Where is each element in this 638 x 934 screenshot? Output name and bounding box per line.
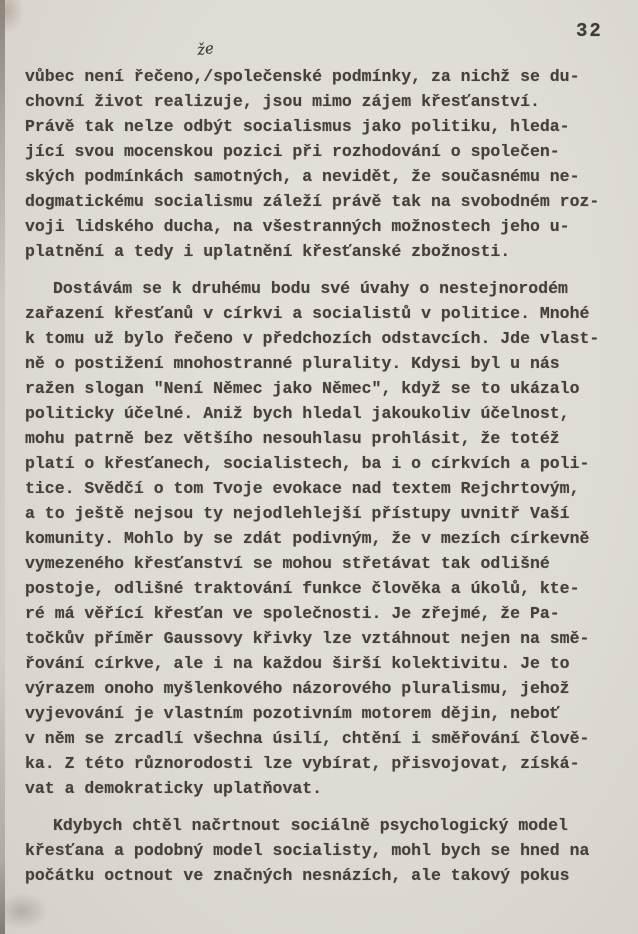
text-line: ré má věřící křesťan ve společnosti. Je … — [25, 601, 625, 626]
text-line: ně o postižení mnohostranné plurality. K… — [25, 351, 625, 376]
text-line: chovní život realizuje, jsou mimo zájem … — [25, 89, 625, 114]
handwritten-insertion: že — [196, 39, 215, 59]
text-line: řování církve, ale i na každou širší kol… — [25, 651, 625, 676]
text-line: mohu patrně bez většího nesouhlasu prohl… — [25, 426, 625, 451]
text-line: vymezeného křesťanství se mohou střetáva… — [25, 551, 625, 576]
page-text: vůbec není řečeno,/společenské podmínky,… — [25, 64, 625, 888]
text-line: voji lidského ducha, na všestranných mož… — [25, 214, 625, 239]
text-line: vat a demokraticky uplatňovat. — [25, 776, 625, 801]
text-line: křesťana a podobný model socialisty, moh… — [25, 838, 625, 863]
text-line: platí o křesťanech, socialistech, ba i o… — [25, 451, 625, 476]
text-line: politicky účelné. Aniž bych hledal jakou… — [25, 401, 625, 426]
text-line: k tomu už bylo řečeno v předchozích odst… — [25, 326, 625, 351]
text-line: ražen slogan "Není Němec jako Němec", kd… — [25, 376, 625, 401]
text-line: ských podmínkách samotných, a nevidět, ž… — [25, 164, 625, 189]
left-edge-shadow — [0, 0, 5, 934]
text-line: tice. Svědčí o tom Tvoje evokace nad tex… — [25, 476, 625, 501]
text-line: vůbec není řečeno,/společenské podmínky,… — [25, 64, 625, 89]
page-number: 32 — [576, 20, 603, 42]
text-line: Právě tak nelze odbýt socialismus jako p… — [25, 114, 625, 139]
text-line: v něm se zrcadlí všechna úsilí, chtění i… — [25, 726, 625, 751]
text-line: vyjevování je vlastním pozotivním motore… — [25, 701, 625, 726]
paragraph: Kdybych chtěl načrtnout sociálně psychol… — [25, 813, 625, 888]
text-line: postoje, odlišné traktování funkce člově… — [25, 576, 625, 601]
text-line: platnění a tedy i uplatnění křesťanské z… — [25, 239, 625, 264]
text-line: výrazem onoho myšlenkového názorového pl… — [25, 676, 625, 701]
text-line: jící svou mocenskou pozici při rozhodová… — [25, 139, 625, 164]
corner-smudge-bottom-left — [0, 893, 48, 929]
text-line: a to ještě nejsou ty nejodlehlejší příst… — [25, 501, 625, 526]
text-line: Kdybych chtěl načrtnout sociálně psychol… — [25, 813, 625, 838]
paragraph: Dostávám se k druhému bodu své úvahy o n… — [25, 276, 625, 801]
text-line: ka. Z této různorodosti lze vybírat, při… — [25, 751, 625, 776]
text-line: točkův příměr Gaussovy křivky lze vztáhn… — [25, 626, 625, 651]
text-line: Dostávám se k druhému bodu své úvahy o n… — [25, 276, 625, 301]
text-line: počátku octnout ve značných nesnázích, a… — [25, 863, 625, 888]
paragraph: vůbec není řečeno,/společenské podmínky,… — [25, 64, 625, 264]
text-line: komunity. Mohlo by se zdát podivným, že … — [25, 526, 625, 551]
text-line: dogmatickému socialismu záleží právě tak… — [25, 189, 625, 214]
page: 32 že vůbec není řečeno,/společenské pod… — [0, 0, 638, 934]
text-line: zařazení křesťanů v církvi a socialistů … — [25, 301, 625, 326]
